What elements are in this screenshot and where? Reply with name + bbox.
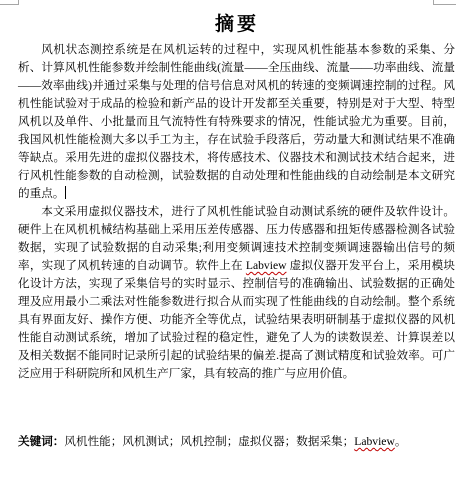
paragraph-1[interactable]: 风机状态测控系统是在风机运转的过程中，实现风机性能基本参数的采集、分析、计算风机… [18,41,455,203]
misspelled-word-labview[interactable]: Labview [246,259,287,272]
document-body: 风机状态测控系统是在风机运转的过程中，实现风机性能基本参数的采集、分析、计算风机… [18,41,455,383]
keywords-label[interactable]: 关键词： [18,435,64,448]
crop-mark-top-right [433,0,456,5]
document-page: 摘要 风机状态测控系统是在风机运转的过程中，实现风机性能基本参数的采集、分析、计… [0,0,474,490]
keywords-items[interactable]: 风机性能；风机测试；风机控制；虚拟仪器；数据采集； [64,435,354,448]
page-title[interactable]: 摘要 [0,0,474,41]
paragraph-1-text[interactable]: 风机状态测控系统是在风机运转的过程中，实现风机性能基本参数的采集、分析、计算风机… [18,43,455,200]
paragraph-2-text-after[interactable]: 虚拟仪器开发平台上，采用模块化设计方法，实现了采集信号的实时显示、控制信号的准确… [18,259,455,380]
keywords-misspelled-word-labview[interactable]: Labview [354,435,395,448]
text-cursor [65,186,66,199]
paragraph-2[interactable]: 本文采用虚拟仪器技术，进行了风机性能试验自动测试系统的硬件及软件设计。硬件上在风… [18,203,455,383]
keywords-line[interactable]: 关键词：风机性能；风机测试；风机控制；虚拟仪器；数据采集；Labview。 [18,433,455,451]
keywords-terminator[interactable]: 。 [395,435,407,448]
crop-mark-top-left [0,0,19,5]
